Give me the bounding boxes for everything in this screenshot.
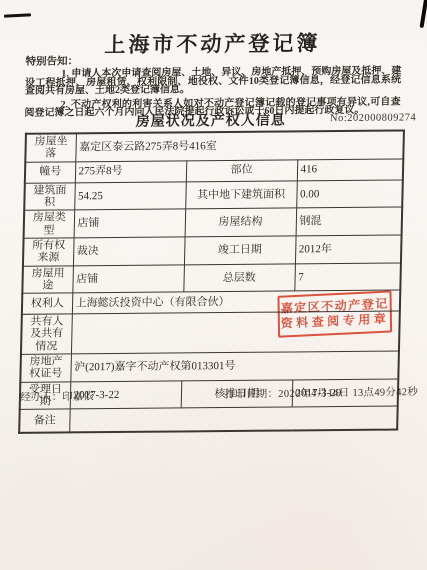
building-number-value: 275弄8号 <box>75 161 186 183</box>
building-number-label: 幢号 <box>25 161 75 182</box>
row-house-usage: 房屋用途 店铺 总层数 7 <box>22 263 401 294</box>
completion-date-value: 2012年 <box>295 235 402 264</box>
row-building-area: 建筑面积 54.25 其中地下建筑面积 0.00 <box>24 180 403 211</box>
operator-name: 印嘉依 <box>62 392 94 403</box>
house-type-value: 店铺 <box>74 209 186 238</box>
row-house-type: 房屋类型 店铺 房屋结构 钢混 <box>24 207 403 238</box>
house-structure-value: 钢混 <box>296 207 403 236</box>
co-owners-label: 共有人及共有情况 <box>21 314 72 354</box>
ownership-source-value: 裁决 <box>73 237 185 266</box>
document-sheet: 上海市不动产登记簿 特别告知： 1. 申请人本次申请查阅房屋、土地、异议、房地产… <box>0 0 427 570</box>
inspection-stamp: 嘉定区不动产登记 资料查阅专用章 <box>277 290 392 337</box>
house-type-label: 房屋类型 <box>24 210 75 238</box>
special-notice-item-1: 1. 申请人本次申请查阅房屋、土地、异议、房地产抵押、预购房屋及抵押、建设工程抵… <box>25 67 402 96</box>
print-date: 打印日期：2020年4月14日 13点49分42秒 <box>224 384 418 402</box>
row-remarks: 备注 <box>19 406 398 432</box>
row-certificate-number: 房地产权证号 沪(2017)嘉字不动产权第013301号 <box>20 351 399 382</box>
house-location-label: 房屋坐落 <box>25 133 76 162</box>
certificate-number-value: 沪(2017)嘉字不动产权第013301号 <box>70 351 399 381</box>
document-number: No:202000809274 <box>330 112 416 124</box>
house-location-value: 嘉定区泰云路275弄8号416室 <box>75 130 404 161</box>
remarks-value <box>69 406 398 432</box>
completion-date-label: 竣工日期 <box>184 236 296 265</box>
total-floors-value: 7 <box>294 263 401 292</box>
print-date-label: 打印日期： <box>224 389 278 401</box>
underground-area-label: 其中地下建筑面积 <box>185 181 297 210</box>
row-ownership-source: 所有权来源 裁决 竣工日期 2012年 <box>23 235 402 266</box>
house-usage-label: 房屋用途 <box>22 265 73 293</box>
unit-part-value: 416 <box>297 159 403 181</box>
operator-label: 经办人： <box>20 392 62 404</box>
building-area-value: 54.25 <box>74 182 186 211</box>
building-area-label: 建筑面积 <box>24 182 75 210</box>
row-house-location: 房屋坐落 嘉定区泰云路275弄8号416室 <box>25 130 404 161</box>
unit-part-label: 部位 <box>186 160 297 182</box>
operator: 经办人：印嘉依 <box>20 389 94 405</box>
certificate-number-label: 房地产权证号 <box>20 354 71 382</box>
house-structure-label: 房屋结构 <box>185 208 297 237</box>
house-usage-value: 店铺 <box>72 264 184 293</box>
ownership-source-label: 所有权来源 <box>23 238 74 266</box>
print-date-value: 2020年4月14日 13点49分42秒 <box>278 387 418 400</box>
underground-area-value: 0.00 <box>296 180 403 209</box>
remarks-label: 备注 <box>19 409 70 432</box>
total-floors-label: 总层数 <box>183 263 295 292</box>
right-holder-label: 权利人 <box>22 293 72 314</box>
